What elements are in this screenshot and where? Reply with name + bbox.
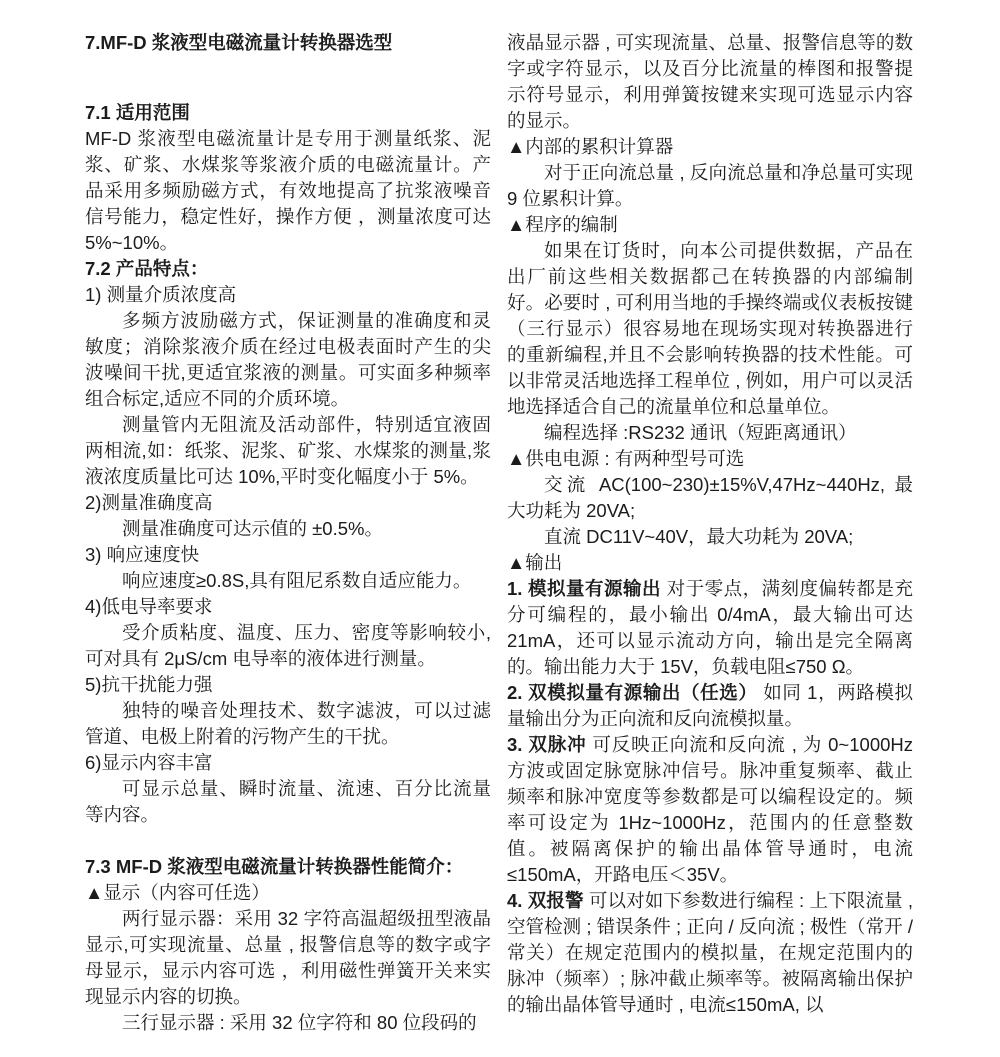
- indented-paragraph: 编程选择 :RS232 通讯（短距离通讯）: [507, 420, 913, 446]
- spacer: [85, 74, 491, 100]
- indented-paragraph: 独特的噪音处理技术、数字滤波，可以过滤管道、电极上附着的污物产生的干扰。: [85, 698, 491, 750]
- indented-paragraph: 三行显示器 : 采用 32 位字符和 80 位段码的: [85, 1010, 491, 1036]
- paragraph: 液晶显示器 , 可实现流量、总量、报警信息等的数字或字符显示，以及百分比流量的棒…: [507, 30, 913, 134]
- list-item-title: 5)抗干扰能力强: [85, 672, 491, 698]
- subsection-heading: 7.2 产品特点：: [85, 256, 491, 282]
- subsection-heading: 7.1 适用范围: [85, 100, 491, 126]
- indented-paragraph: 如果在订货时，向本公司提供数据，产品在出厂前这些相关数据都己在转换器的内部编制好…: [507, 238, 913, 420]
- indented-paragraph: 测量准确度可达示值的 ±0.5%。: [85, 516, 491, 542]
- indented-paragraph: 响应速度≥0.8S,具有阻尼系数自适应能力。: [85, 568, 491, 594]
- triangle-list-item: ▲内部的累积计算器: [507, 134, 913, 160]
- document-page: 7.MF-D 浆液型电磁流量计转换器选型7.1 适用范围MF-D 浆液型电磁流量…: [85, 30, 913, 1036]
- indented-paragraph: 直流 DC11V~40V，最大功耗为 20VA;: [507, 524, 913, 550]
- triangle-list-item: ▲供电电源 : 有两种型号可选: [507, 446, 913, 472]
- list-item-title: 2)测量准确度高: [85, 490, 491, 516]
- subsection-heading: 7.3 MF-D 浆液型电磁流量计转换器性能简介：: [85, 854, 491, 880]
- numbered-feature-paragraph: 2. 双模拟量有源输出（任选） 如同 1，两路模拟量输出分为正向流和反向流模拟量…: [507, 680, 913, 732]
- list-item-title: 4)低电导率要求: [85, 594, 491, 620]
- indented-paragraph: 测量管内无阻流及活动部件，特别适宜液固两相流,如：纸浆、泥浆、矿浆、水煤浆的测量…: [85, 412, 491, 490]
- section-title: 7.MF-D 浆液型电磁流量计转换器选型: [85, 30, 491, 56]
- spacer: [85, 828, 491, 854]
- indented-paragraph: 多频方波励磁方式，保证测量的准确度和灵敏度；消除浆液介质在经过电极表面时产生的尖…: [85, 308, 491, 412]
- indented-paragraph: 受介质粘度、温度、压力、密度等影响较小,可对具有 2μS/cm 电导率的液体进行…: [85, 620, 491, 672]
- list-item-title: 1) 测量介质浓度高: [85, 282, 491, 308]
- numbered-feature-lead: 1. 模拟量有源输出: [507, 578, 661, 599]
- left-column: 7.MF-D 浆液型电磁流量计转换器选型7.1 适用范围MF-D 浆液型电磁流量…: [85, 30, 491, 1036]
- numbered-feature-paragraph: 1. 模拟量有源输出 对于零点，满刻度偏转都是充分可编程的，最小输出 0/4mA…: [507, 576, 913, 680]
- triangle-list-item: ▲程序的编制: [507, 212, 913, 238]
- numbered-feature-lead: 2. 双模拟量有源输出（任选）: [507, 682, 757, 703]
- list-item-title: 3) 响应速度快: [85, 542, 491, 568]
- indented-paragraph: 两行显示器：采用 32 字符高温超级扭型液晶显示,可实现流量、总量 , 报警信息…: [85, 906, 491, 1010]
- paragraph: MF-D 浆液型电磁流量计是专用于测量纸浆、泥浆、矿浆、水煤浆等浆液介质的电磁流…: [85, 126, 491, 256]
- indented-paragraph: 可显示总量、瞬时流量、流速、百分比流量等内容。: [85, 776, 491, 828]
- triangle-list-item: ▲输出: [507, 550, 913, 576]
- triangle-list-item: ▲显示（内容可任选）: [85, 880, 491, 906]
- numbered-feature-paragraph: 3. 双脉冲 可反映正向流和反向流 , 为 0~1000Hz 方波或固定脉宽脉冲…: [507, 732, 913, 888]
- right-column: 液晶显示器 , 可实现流量、总量、报警信息等的数字或字符显示，以及百分比流量的棒…: [507, 30, 913, 1036]
- numbered-feature-lead: 3. 双脉冲: [507, 734, 586, 755]
- list-item-title: 6)显示内容丰富: [85, 750, 491, 776]
- numbered-feature-lead: 4. 双报警: [507, 890, 584, 911]
- numbered-feature-paragraph: 4. 双报警 可以对如下参数进行编程 : 上下限流量 , 空管检测 ; 错误条件…: [507, 888, 913, 1018]
- indented-paragraph: 交流 AC(100~230)±15%V,47Hz~440Hz, 最大功耗为 20…: [507, 472, 913, 524]
- indented-paragraph: 对于正向流总量 , 反向流总量和净总量可实现 9 位累积计算。: [507, 160, 913, 212]
